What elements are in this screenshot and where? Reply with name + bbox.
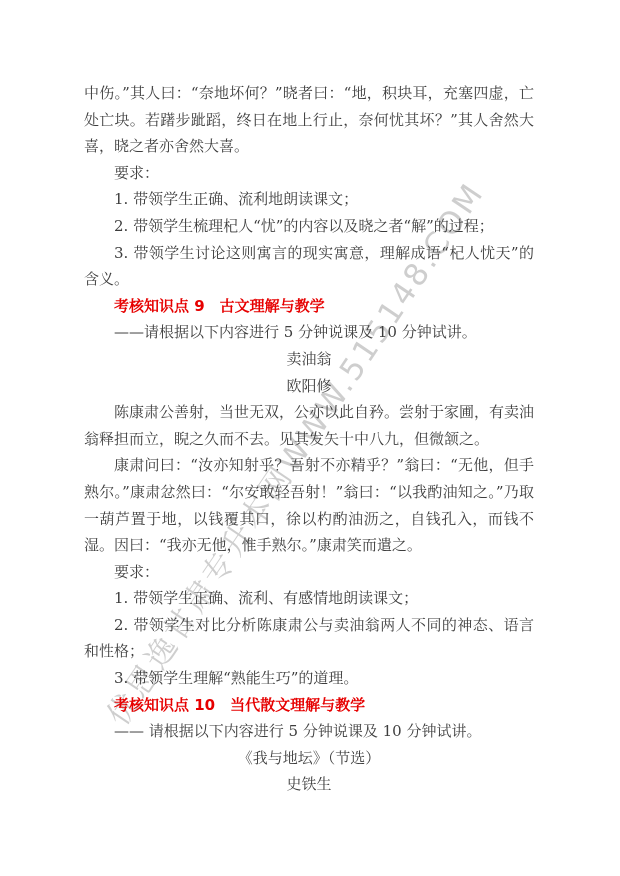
requirements-label-2: 要求： [84, 559, 534, 586]
lesson-author-shitiesheng: 史铁生 [84, 771, 534, 798]
document-page: 优思逸甘肃专升本网WWW.515148.COM 中伤。”其人曰：“奈地坏何？”晓… [0, 0, 620, 876]
requirement-item-1-1: 1. 带领学生正确、流利地朗读课文； [84, 186, 534, 213]
lesson-title-wo-yu-ditan: 《我与地坛》（节选） [84, 745, 534, 772]
requirement-item-1-2: 2. 带领学生梳理杞人“忧”的内容以及晓之者“解”的过程； [84, 213, 534, 240]
lesson-title-maiyouweng: 卖油翁 [84, 346, 534, 373]
section-heading-knowledge-point-10: 考核知识点 10 当代散文理解与教学 [84, 692, 534, 719]
instruction-line-point-10: —— 请根据以下内容进行 5 分钟说课及 10 分钟试讲。 [84, 718, 534, 745]
requirement-item-2-3: 3. 带领学生理解“熟能生巧”的道理。 [84, 665, 534, 692]
requirement-item-2-2: 2. 带领学生对比分析陈康肃公与卖油翁两人不同的神态、语言和性格； [84, 612, 534, 665]
requirements-label-1: 要求： [84, 160, 534, 187]
requirement-item-1-3: 3. 带领学生讨论这则寓言的现实寓意，理解成语“杞人忧天”的含义。 [84, 240, 534, 293]
paragraph-maiyouweng-2: 康肃问曰：“汝亦知射乎？吾射不亦精乎？”翁曰：“无他，但手熟尔。”康肃忿然曰：“… [84, 452, 534, 558]
instruction-line-point-9: ——请根据以下内容进行 5 分钟说课及 10 分钟试讲。 [84, 319, 534, 346]
document-body: 中伤。”其人曰：“奈地坏何？”晓者曰：“地，积块耳，充塞四虚，亡处亡块。若躇步跐… [84, 80, 534, 798]
lesson-author-ouyangxiu: 欧阳修 [84, 373, 534, 400]
requirement-item-2-1: 1. 带领学生正确、流利、有感情地朗读课文； [84, 585, 534, 612]
paragraph-maiyouweng-1: 陈康肃公善射，当世无双，公亦以此自矜。尝射于家圃，有卖油翁释担而立，睨之久而不去… [84, 399, 534, 452]
section-heading-knowledge-point-9: 考核知识点 9 古文理解与教学 [84, 293, 534, 320]
paragraph-qiren-youtian-continuation: 中伤。”其人曰：“奈地坏何？”晓者曰：“地，积块耳，充塞四虚，亡处亡块。若躇步跐… [84, 80, 534, 160]
